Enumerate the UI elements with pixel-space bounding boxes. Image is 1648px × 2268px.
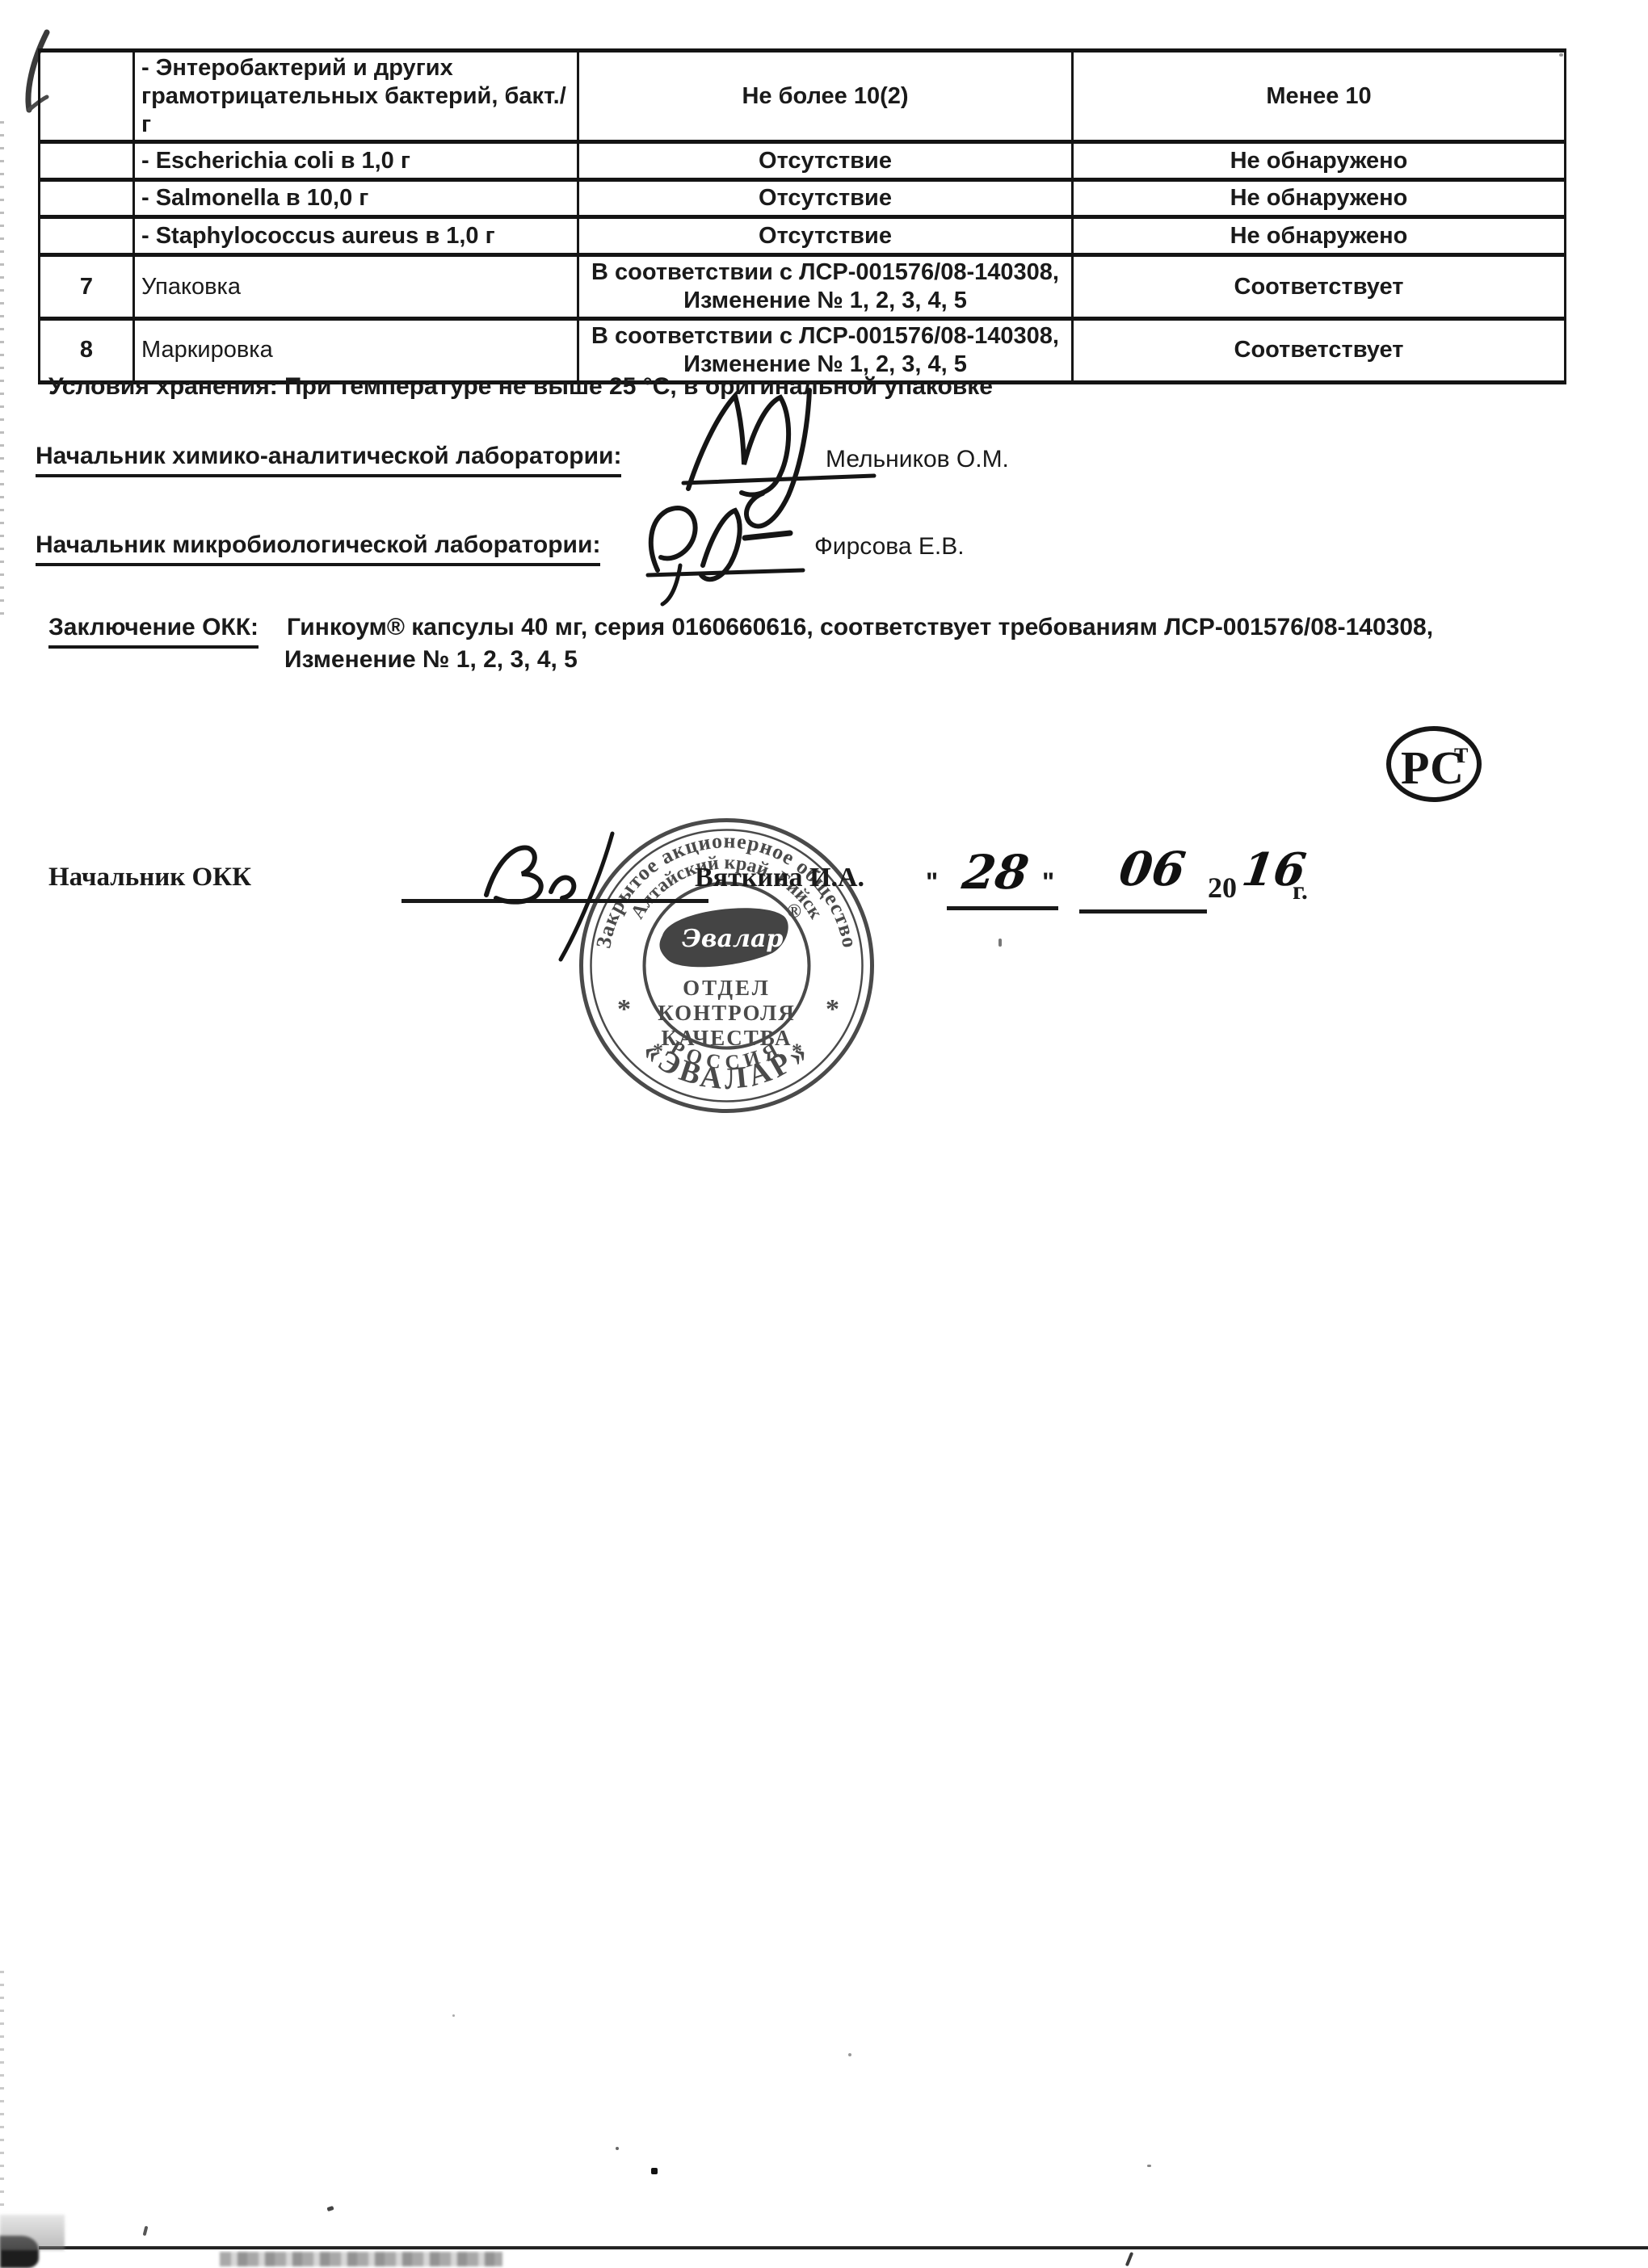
- micro-lab-head-name: Фирсова Е.В.: [814, 533, 965, 561]
- scan-bottom-smudge: [220, 2252, 502, 2266]
- table-row: - Энтеробактерий и других грамотрицатель…: [40, 51, 1566, 142]
- evalar-flag-logo: Эвалар ®: [659, 901, 801, 967]
- stamp-star: *: [792, 1039, 802, 1063]
- signature-firsova: [635, 491, 813, 612]
- micro-lab-head-label: Начальник микробиологической лаборатории…: [36, 531, 600, 566]
- okk-head-label: Начальник ОКК: [48, 863, 251, 892]
- stamp-star: *: [617, 994, 631, 1024]
- signature-vyatkina: [465, 824, 642, 965]
- scan-edge-noise: [0, 121, 4, 622]
- cell-row-number: 7: [40, 255, 134, 319]
- scan-speck: [1559, 53, 1563, 57]
- okk-conclusion-line1: Гинкоум® капсулы 40 мг, серия 0160660616…: [287, 614, 1433, 641]
- cell-result: Не обнаружено: [1073, 217, 1566, 255]
- cell-row-number: [40, 142, 134, 180]
- date-year-printed: 20: [1208, 871, 1237, 905]
- svg-text:Эвалар: Эвалар: [682, 925, 783, 953]
- svg-text:ОТДЕЛ: ОТДЕЛ: [683, 976, 771, 1000]
- scan-bottom-line: [39, 2246, 1648, 2249]
- table-row: 7 Упаковка В соответствии с ЛСР-001576/0…: [40, 255, 1566, 319]
- okk-head-name: Вяткина И.А.: [695, 863, 864, 893]
- scan-corner-fade: [0, 2215, 65, 2250]
- date-close-quote: ": [1042, 867, 1054, 897]
- cell-characteristic: Упаковка: [134, 255, 578, 319]
- rst-certification-mark-icon: РС Т: [1383, 724, 1488, 808]
- cell-result: Соответствует: [1073, 255, 1566, 319]
- scan-speck: [143, 2226, 149, 2236]
- cell-characteristic: - Salmonella в 10,0 г: [134, 180, 578, 217]
- cell-characteristic: - Staphylococcus aureus в 1,0 г: [134, 217, 578, 255]
- scan-speck: [452, 2014, 455, 2017]
- cell-row-number: [40, 51, 134, 142]
- date-day-underline: [947, 906, 1058, 910]
- chem-lab-head-name: Мельников О.М.: [826, 446, 1009, 473]
- cell-result: Не обнаружено: [1073, 180, 1566, 217]
- scan-speck: [1147, 2165, 1151, 2167]
- scan-speck: [616, 2147, 619, 2150]
- svg-text:КАЧЕСТВА: КАЧЕСТВА: [661, 1026, 792, 1050]
- date-day-handwritten: 28: [959, 845, 1032, 900]
- svg-text:КОНТРОЛЯ: КОНТРОЛЯ: [658, 1001, 796, 1025]
- chem-lab-head-label: Начальник химико-аналитической лаборатор…: [36, 443, 621, 477]
- date-year-unit: г.: [1293, 876, 1308, 905]
- qc-results-table: - Энтеробактерий и других грамотрицатель…: [38, 48, 1566, 384]
- cell-requirement: Не более 10(2): [578, 51, 1073, 142]
- cell-requirement: В соответствии с ЛСР-001576/08-140308, И…: [578, 255, 1073, 319]
- cell-requirement: Отсутствие: [578, 142, 1073, 180]
- scan-speck: [998, 939, 1002, 947]
- table-row: - Staphylococcus aureus в 1,0 г Отсутств…: [40, 217, 1566, 255]
- svg-text:®: ®: [787, 901, 801, 922]
- cell-result: Не обнаружено: [1073, 142, 1566, 180]
- table-row: - Salmonella в 10,0 г Отсутствие Не обна…: [40, 180, 1566, 217]
- scan-speck: [326, 2206, 334, 2211]
- okk-conclusion-label: Заключение ОКК:: [48, 614, 259, 649]
- table-row: - Escherichia coli в 1,0 г Отсутствие Не…: [40, 142, 1566, 180]
- scan-speck: [651, 2168, 658, 2174]
- date-month-underline: [1079, 909, 1207, 913]
- cell-characteristic: - Энтеробактерий и других грамотрицатель…: [134, 51, 578, 142]
- scan-speck: [848, 2053, 851, 2056]
- cell-result: Менее 10: [1073, 51, 1566, 142]
- scanned-document-page: - Энтеробактерий и других грамотрицатель…: [0, 0, 1648, 2268]
- okk-conclusion-line2: Изменение № 1, 2, 3, 4, 5: [284, 646, 578, 674]
- cell-result: Соответствует: [1073, 318, 1566, 382]
- stamp-star: *: [826, 994, 839, 1024]
- cell-row-number: [40, 217, 134, 255]
- cell-row-number: [40, 180, 134, 217]
- cell-characteristic: - Escherichia coli в 1,0 г: [134, 142, 578, 180]
- scan-speck: [1125, 2252, 1133, 2266]
- cell-requirement: Отсутствие: [578, 180, 1073, 217]
- date-open-quote: ": [926, 867, 938, 897]
- svg-text:Т: Т: [1454, 744, 1468, 767]
- scan-edge-noise: [0, 1971, 4, 2213]
- cell-requirement: Отсутствие: [578, 217, 1073, 255]
- date-month-handwritten: 06: [1116, 842, 1188, 897]
